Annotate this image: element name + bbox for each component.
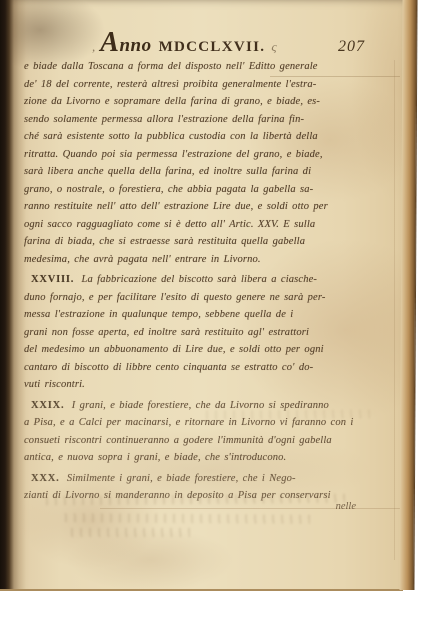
manuscript-line: vuti riscontri. [24, 376, 364, 394]
manuscript-line: de' 18 del corrente, resterà altresì pro… [24, 76, 364, 94]
manuscript-line: antica, e nuova sopra i grani, e biade, … [24, 449, 364, 467]
manuscript-line: XXX. Similmente i grani, e biade foresti… [24, 470, 364, 488]
header-year-roman: MDCCLXVII. [159, 39, 266, 55]
paragraph-number: XXIX. [31, 400, 64, 411]
paragraph: XXX. Similmente i grani, e biade foresti… [24, 470, 364, 505]
manuscript-line: medesima, che avrà pagata nell' entrare … [24, 251, 364, 269]
manuscript-line: cantaro di biscotto di libbre cento cinq… [24, 359, 364, 377]
manuscript-line: grano, o nostrale, o forestiera, che abb… [24, 181, 364, 199]
paragraph-number: XXVIII. [31, 274, 74, 285]
manuscript-line: e biade dalla Toscana a forma del dispos… [24, 58, 364, 76]
bleedthrough-smudge [70, 528, 190, 537]
page-number: 207 [338, 38, 365, 56]
header-anno-script: Anno [100, 33, 151, 57]
header-flourish-left: , [92, 39, 95, 54]
manuscript-line: grani non fosse aperta, ed inoltre sarà … [24, 324, 364, 342]
manuscript-line: a Pisa, e a Calci per macinarsi, e ritor… [24, 414, 364, 432]
manuscript-line: ritratta. Quando poi sia permessa l'estr… [24, 146, 364, 164]
page-header: ,AnnoMDCCLXVII.ς [92, 33, 282, 57]
catchword: nelle [24, 501, 356, 512]
paragraph-number: XXX. [31, 473, 60, 484]
manuscript-line: farina di biada, che si estraesse sarà r… [24, 233, 364, 251]
manuscript-line: sarà libera anche quella della farina, e… [24, 163, 364, 181]
manuscript-line: duno fornajo, e per facilitare l'esito d… [24, 289, 364, 307]
manuscript-line: sendo solamente permessa allora l'estraz… [24, 111, 364, 129]
book-page: ,AnnoMDCCLXVII.ς 207 e biade dalla Tosca… [0, 0, 403, 591]
manuscript-line: ché sarà esistente sotto la pubblica cus… [24, 128, 364, 146]
manuscript-body: e biade dalla Toscana a forma del dispos… [24, 58, 364, 505]
book-fore-edge [399, 0, 417, 590]
page-fold-line [394, 60, 395, 560]
manuscript-line: consueti riscontri continueranno a goder… [24, 432, 364, 450]
paragraph: XXIX. I grani, e biade forestiere, che d… [24, 397, 364, 467]
manuscript-line: ogni sacco ragguagliato come si è detto … [24, 216, 364, 234]
manuscript-line: ranno restituite nell' atto dell' estraz… [24, 198, 364, 216]
manuscript-line: del medesimo un abbuonamento di Lire due… [24, 341, 364, 359]
paragraph: XXVIII. La fabbricazione del biscotto sa… [24, 271, 364, 394]
manuscript-line: XXVIII. La fabbricazione del biscotto sa… [24, 271, 364, 289]
bleedthrough-smudge [60, 513, 310, 524]
paragraph: e biade dalla Toscana a forma del dispos… [24, 58, 364, 268]
manuscript-line: XXIX. I grani, e biade forestiere, che d… [24, 397, 364, 415]
book-binding-gutter [0, 0, 26, 589]
header-flourish-right: ς [271, 39, 276, 54]
manuscript-line: messa l'estrazione in qualunque tempo, s… [24, 306, 364, 324]
manuscript-line: zione da Livorno e sopramare della farin… [24, 93, 364, 111]
scanned-manuscript-photo: ,AnnoMDCCLXVII.ς 207 e biade dalla Tosca… [0, 0, 438, 620]
